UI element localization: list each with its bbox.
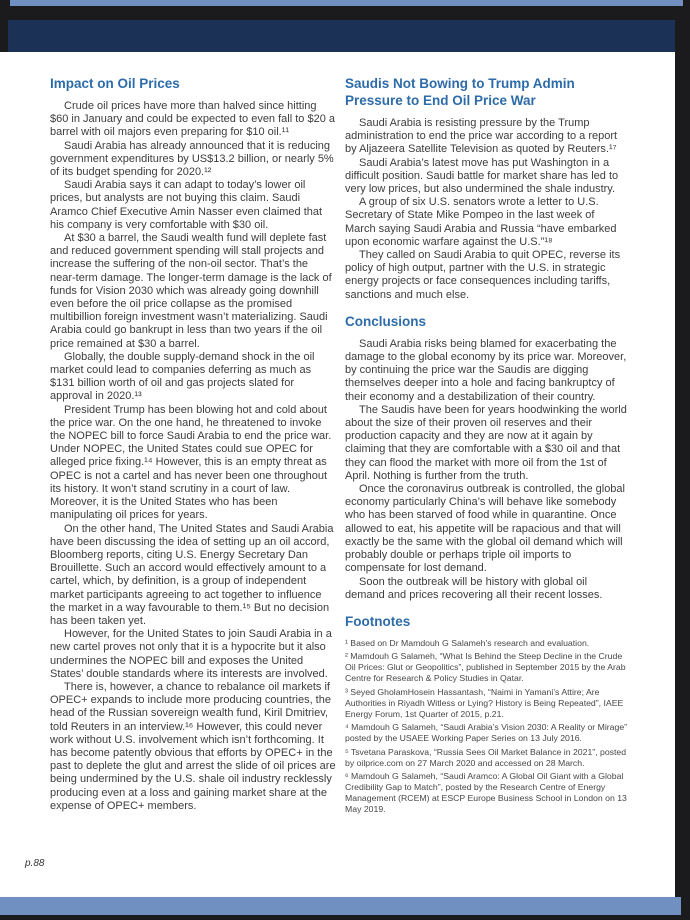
document-page: Impact on Oil Prices Crude oil prices ha… [0, 52, 675, 897]
paragraph: Globally, the double supply-demand shock… [50, 351, 336, 404]
paragraph: On the other hand, The United States and… [50, 523, 336, 629]
footnote-item: ⁶ Mamdouh G Salameh, “Saudi Aramco: A Gl… [345, 771, 628, 815]
paragraph: They called on Saudi Arabia to quit OPEC… [345, 249, 628, 302]
paragraph: The Saudis have been for years hoodwinki… [345, 404, 628, 483]
paragraph: At $30 a barrel, the Saudi wealth fund w… [50, 232, 336, 351]
paragraph: A group of six U.S. senators wrote a let… [345, 196, 628, 249]
right-column: Saudis Not Bowing to Trump Admin Pressur… [345, 75, 628, 818]
top-accent-bar [10, 0, 683, 6]
left-column: Impact on Oil Prices Crude oil prices ha… [50, 75, 336, 813]
paragraph: Once the coronavirus outbreak is control… [345, 483, 628, 575]
paragraph: However, for the United States to join S… [50, 628, 336, 681]
paragraph: President Trump has been blowing hot and… [50, 404, 336, 523]
footnote-item: ² Mamdouh G Salameh, “What Is Behind the… [345, 651, 628, 684]
section-heading-conclusions: Conclusions [345, 313, 628, 330]
footnote-item: ³ Seyed GholamHosein Hassantash, “Naimi … [345, 687, 628, 720]
section-heading-saudis-not-bowing: Saudis Not Bowing to Trump Admin Pressur… [345, 75, 597, 109]
header-navy-band [8, 20, 675, 52]
footnote-item: ¹ Based on Dr Mamdouh G Salameh’s resear… [345, 638, 628, 649]
section-heading-wrap: Saudis Not Bowing to Trump Admin Pressur… [345, 75, 597, 109]
section-heading-impact-on-oil-prices: Impact on Oil Prices [50, 75, 336, 92]
paragraph: Saudi Arabia says it can adapt to today’… [50, 179, 336, 232]
footnote-item: ⁵ Tsvetana Paraskova, “Russia Sees Oil M… [345, 747, 628, 769]
page-number: p.88 [25, 858, 44, 869]
paragraph: Saudi Arabia’s latest move has put Washi… [345, 157, 628, 197]
section-heading-footnotes: Footnotes [345, 613, 628, 630]
bottom-accent-bar [0, 897, 681, 915]
paragraph: Saudi Arabia is resisting pressure by th… [345, 117, 628, 157]
paragraph: Saudi Arabia risks being blamed for exac… [345, 338, 628, 404]
paragraph: Saudi Arabia has already announced that … [50, 140, 336, 180]
paragraph: Crude oil prices have more than halved s… [50, 100, 336, 140]
document-viewer-canvas: Impact on Oil Prices Crude oil prices ha… [0, 0, 690, 920]
paragraph: There is, however, a chance to rebalance… [50, 681, 336, 813]
footnote-item: ⁴ Mamdouh G Salameh, “Saudi Arabia’s Vis… [345, 722, 628, 744]
paragraph: Soon the outbreak will be history with g… [345, 576, 628, 602]
